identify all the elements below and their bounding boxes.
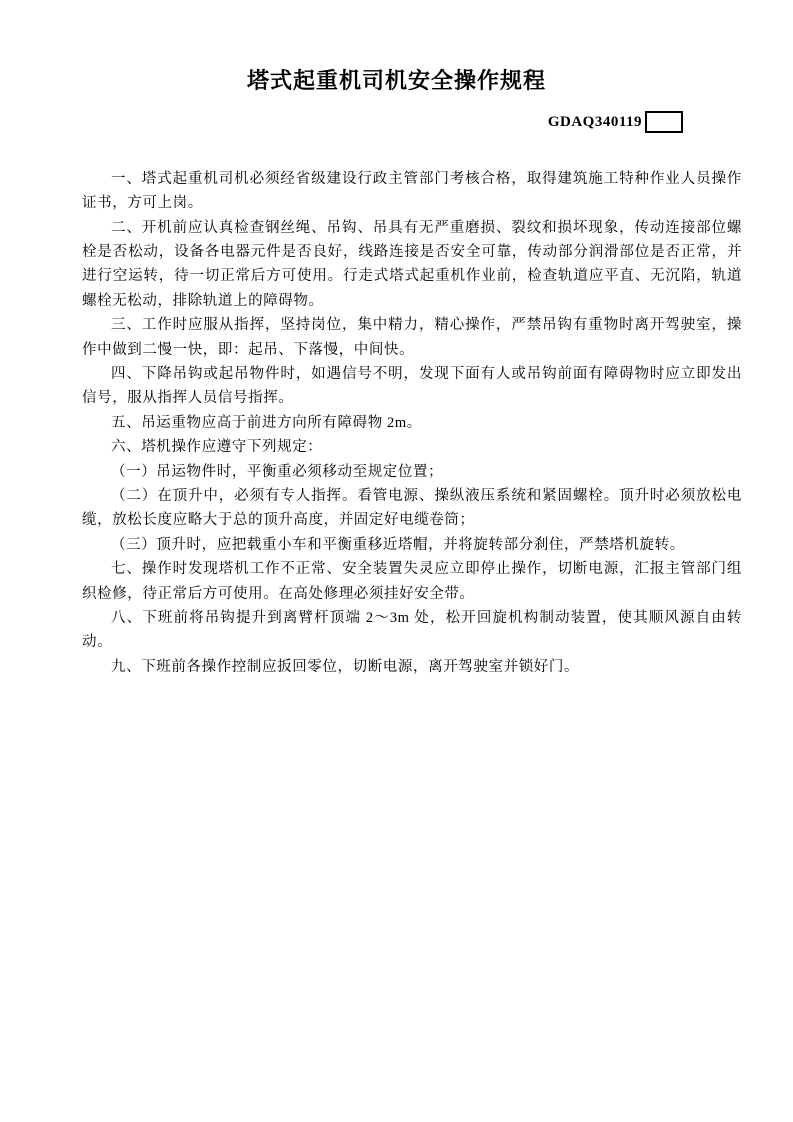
paragraph: （二）在顶升中，必须有专人指挥。看管电源、操纵液压系统和紧固螺栓。顶升时必须放松…	[82, 484, 742, 533]
paragraph: （三）顶升时，应把载重小车和平衡重移近塔帽，并将旋转部分刹住，严禁塔机旋转。	[82, 533, 742, 557]
paragraph: 九、下班前各操作控制应扳回零位，切断电源，离开驾驶室并锁好门。	[82, 655, 742, 679]
doc-code-row: GDAQ340119	[0, 111, 793, 133]
doc-code-box	[645, 111, 683, 133]
document-body: 一、塔式起重机司机必须经省级建设行政主管部门考核合格，取得建筑施工特种作业人员操…	[82, 167, 742, 680]
document-title: 塔式起重机司机安全操作规程	[0, 66, 793, 96]
paragraph: 六、塔机操作应遵守下列规定：	[82, 435, 742, 459]
paragraph: 七、操作时发现塔机工作不正常、安全装置失灵应立即停止操作，切断电源，汇报主管部门…	[82, 557, 742, 606]
paragraph: 五、吊运重物应高于前进方向所有障碍物 2m。	[82, 411, 742, 435]
paragraph: 二、开机前应认真检查钢丝绳、吊钩、吊具有无严重磨损、裂纹和损坏现象，传动连接部位…	[82, 216, 742, 314]
paragraph: （一）吊运物件时，平衡重必须移动至规定位置；	[82, 460, 742, 484]
doc-code: GDAQ340119	[548, 112, 642, 132]
paragraph: 四、下降吊钩或起吊物件时，如遇信号不明，发现下面有人或吊钩前面有障碍物时应立即发…	[82, 362, 742, 411]
paragraph: 八、下班前将吊钩提升到离臂杆顶端 2～3m 处，松开回旋机构制动装置，使其顺风源…	[82, 606, 742, 655]
paragraph: 一、塔式起重机司机必须经省级建设行政主管部门考核合格，取得建筑施工特种作业人员操…	[82, 167, 742, 216]
document-page: 塔式起重机司机安全操作规程 GDAQ340119 一、塔式起重机司机必须经省级建…	[0, 0, 793, 1122]
paragraph: 三、工作时应服从指挥，坚持岗位，集中精力，精心操作，严禁吊钩有重物时离开驾驶室，…	[82, 313, 742, 362]
